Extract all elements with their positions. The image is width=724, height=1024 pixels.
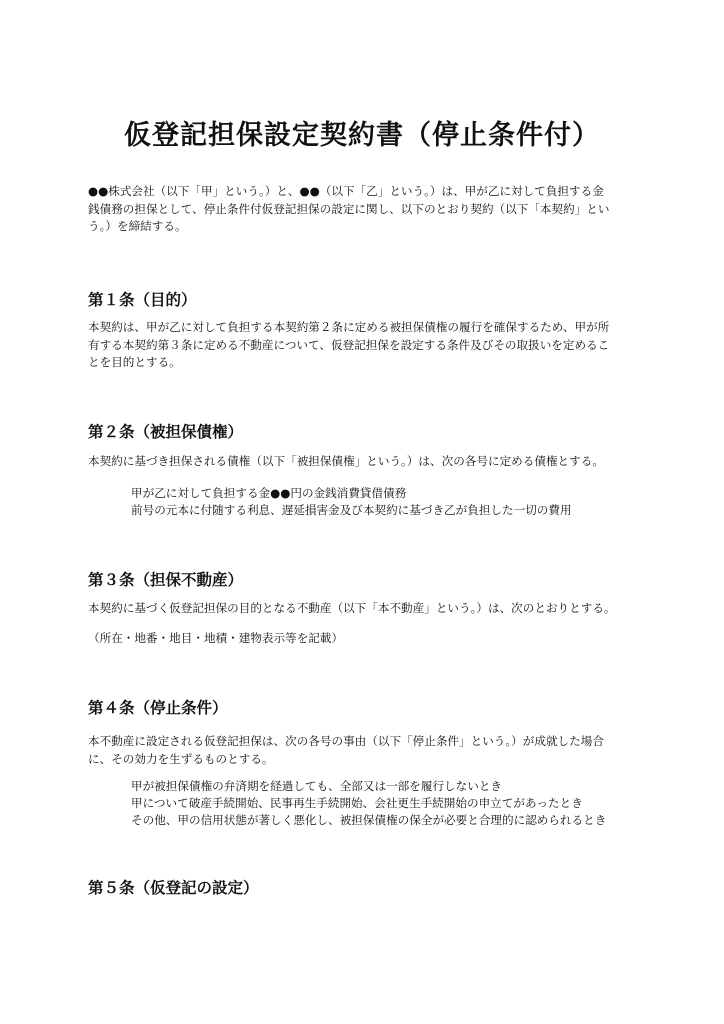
- article-4-heading: 第４条（停止条件）: [88, 696, 228, 718]
- article-2-item-2: 前号の元本に付随する利息、遅延損害金及び本契約に基づき乙が負担した一切の費用: [131, 502, 572, 520]
- article-4-body: 本不動産に設定される仮登記担保は、次の各号の事由（以下「停止条件」という。）が成…: [88, 733, 648, 768]
- document-title: 仮登記担保設定契約書（停止条件付）: [0, 113, 724, 152]
- article-4-item-3: その他、甲の信用状態が著しく悪化し、被担保債権の保全が必要と合理的に認められると…: [131, 812, 606, 830]
- article-4-item-1: 甲が被担保債権の弁済期を経過しても、全部又は一部を履行しないとき: [131, 778, 502, 796]
- article-1-body: 本契約は、甲が乙に対して負担する本契約第２条に定める被担保債権の履行を確保するた…: [88, 319, 648, 372]
- article-4-item-2: 甲について破産手続開始、民事再生手続開始、会社更生手続開始の申立てがあったとき: [131, 795, 583, 813]
- body-line: 本契約に基づき担保される債権（以下「被担保債権」という。）は、次の各号に定める債…: [88, 453, 648, 471]
- article-1-heading: 第１条（目的）: [88, 288, 197, 310]
- preamble: ●●株式会社（以下「甲」という。）と、●●（以下「乙」という。）は、甲が乙に対し…: [88, 183, 648, 236]
- article-2-item-1: 甲が乙に対して負担する金●●円の金銭消費貸借債務: [131, 485, 406, 503]
- preamble-line: ●●株式会社（以下「甲」という。）と、●●（以下「乙」という。）は、甲が乙に対し…: [88, 183, 648, 201]
- body-line: とを目的とする。: [88, 354, 648, 372]
- article-3-note: （所在・地番・地目・地積・建物表示等を記載）: [88, 630, 648, 648]
- article-3-body: 本契約に基づく仮登記担保の目的となる不動産（以下「本不動産」という。）は、次のと…: [88, 600, 648, 618]
- body-line: 本不動産に設定される仮登記担保は、次の各号の事由（以下「停止条件」という。）が成…: [88, 733, 648, 751]
- article-2-heading: 第２条（被担保債権）: [88, 420, 243, 442]
- body-line: 有する本契約第３条に定める不動産について、仮登記担保を設定する条件及びその取扱い…: [88, 337, 648, 355]
- body-line: 本契約に基づく仮登記担保の目的となる不動産（以下「本不動産」という。）は、次のと…: [88, 600, 648, 618]
- body-line: 本契約は、甲が乙に対して負担する本契約第２条に定める被担保債権の履行を確保するた…: [88, 319, 648, 337]
- article-3-heading: 第３条（担保不動産）: [88, 568, 243, 590]
- preamble-line: 銭債務の担保として、停止条件付仮登記担保の設定に関し、以下のとおり契約（以下「本…: [88, 201, 648, 219]
- article-5-heading: 第５条（仮登記の設定）: [88, 876, 259, 898]
- preamble-line: う。）を締結する。: [88, 218, 648, 236]
- body-line: に、その効力を生ずるものとする。: [88, 751, 648, 769]
- article-2-body: 本契約に基づき担保される債権（以下「被担保債権」という。）は、次の各号に定める債…: [88, 453, 648, 471]
